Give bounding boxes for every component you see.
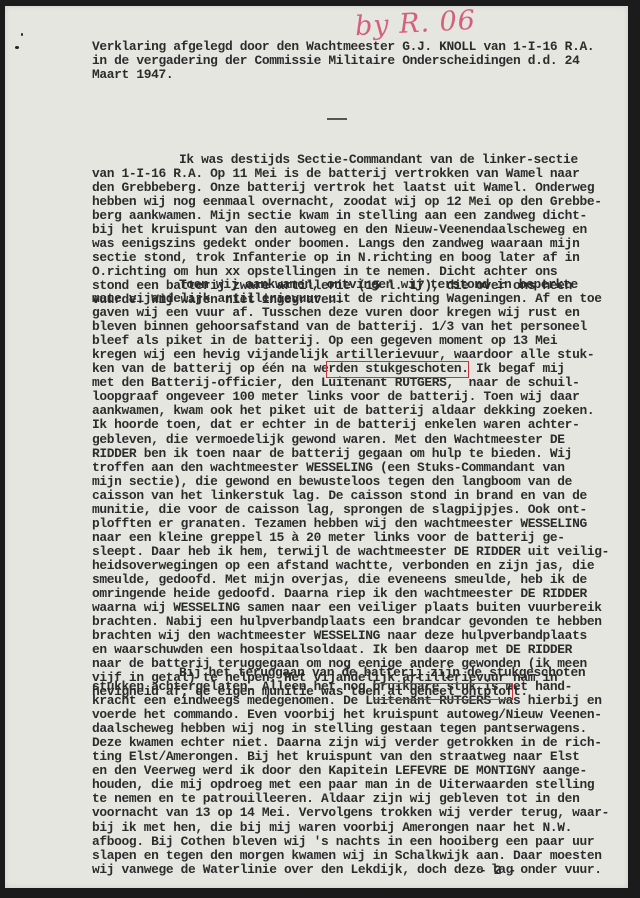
text-line: sectie stond, trok Infanterie op in N.ri… xyxy=(92,251,602,265)
text-line: bleef als piket in de batterij. Op een g… xyxy=(92,334,609,348)
text-line: stukken achtergelaten. Alleen het nog br… xyxy=(92,680,609,694)
header-line-3: Maart 1947. xyxy=(92,68,173,82)
text-line: slapen en tegen den morgen kwamen wij in… xyxy=(92,849,609,863)
text-line: waarna wij WESSELING samen naar een veil… xyxy=(92,601,609,615)
text-line: berg aankwamen. Mijn sectie kwam in stel… xyxy=(92,209,602,223)
text-line: kracht een eindweegs medegenomen. De Lui… xyxy=(92,694,609,708)
text-line: Ik was destijds Sectie-Commandant van de… xyxy=(92,153,602,167)
text-line: troffen aan den wachtmeester WESSELING (… xyxy=(92,461,609,475)
text-line: bij het kruispunt van den autoweg en den… xyxy=(92,223,602,237)
text-line: hebben wij nog eenmaal overnacht, zoodat… xyxy=(92,195,602,209)
text-line: omringende heide gedoofd. Daarna riep ik… xyxy=(92,587,609,601)
text-line: bleven binnen gehoorsafstand van de batt… xyxy=(92,320,609,334)
text-line: mijn sectie), die gewond en bewusteloos … xyxy=(92,475,609,489)
highlight-box-rutgers-2 xyxy=(373,683,513,700)
text-line: en den Veerweg werd ik door den Kapitein… xyxy=(92,764,609,778)
text-line: heidsoverwegingen op een afstand wachtte… xyxy=(92,559,609,573)
text-line: munitie, die voor de caisson lag, sprong… xyxy=(92,503,609,517)
handwritten-annotation: by R. 06 xyxy=(354,5,476,42)
text-line: voerde het commando. Even voorbij het kr… xyxy=(92,708,609,722)
page-number: - 2 - xyxy=(479,864,516,878)
header-line-2: in de vergadering der Commissie Militair… xyxy=(92,54,579,68)
text-line: afboog. Bij Cothen bleven wij 's nachts … xyxy=(92,835,609,849)
text-line: met den Batterij-officier, den Luitenant… xyxy=(92,376,609,390)
text-line: voornacht van 13 op 14 Mei. Vervolgens t… xyxy=(92,806,609,820)
text-line: sleept. Daar heb ik hem, terwijl de wach… xyxy=(92,545,609,559)
text-line: brachten wij den wachtmeester WESSELING … xyxy=(92,629,609,643)
text-line: RIDDER ben ik toen naar de batterij gega… xyxy=(92,447,609,461)
text-line: loopgraaf ongeveer 100 meter links voor … xyxy=(92,390,609,404)
text-line: Toen wij aankwamen, ontvingen wij tersto… xyxy=(92,278,609,292)
text-line: Deze kwamen echter niet. Daarna zijn wij… xyxy=(92,736,609,750)
separator-rule xyxy=(327,118,347,120)
text-line: brachten. Nabij een hulpverbandplaats ee… xyxy=(92,615,609,629)
paragraph-3: Bij het teruggaan van de batterij zijn d… xyxy=(92,666,609,877)
text-line: gaven wij een vuur af. Tusschen deze vur… xyxy=(92,306,609,320)
text-line: aankwamen, kwam ook het piket uit de bat… xyxy=(92,404,609,418)
text-line: was eenigszins gedekt onder boomen. Lang… xyxy=(92,237,602,251)
text-line: mate vijandelijk artillerievuur uit de r… xyxy=(92,292,609,306)
text-line: caisson van het linkerstuk lag. De caiss… xyxy=(92,489,609,503)
text-line: te nemen en te patrouilleeren. Aldaar zi… xyxy=(92,792,609,806)
paragraph-2: Toen wij aankwamen, ontvingen wij tersto… xyxy=(92,278,609,699)
text-line: naar een kleine greppel 15 à 20 meter li… xyxy=(92,531,609,545)
text-line: Bij het teruggaan van de batterij zijn d… xyxy=(92,666,609,680)
text-line: den Grebbeberg. Onze batterij vertrok he… xyxy=(92,181,602,195)
text-line: houden, die mij opdroeg met een paar man… xyxy=(92,778,609,792)
header-line-1: Verklaring afgelegd door den Wachtmeeste… xyxy=(92,40,594,54)
text-line: bij ik met hen, die bij mij waren voorbi… xyxy=(92,821,609,835)
text-line: daalscheweg hebben wij nog in stelling g… xyxy=(92,722,609,736)
text-line: van 1-I-16 R.A. Op 11 Mei is de batterij… xyxy=(92,167,602,181)
text-line: smeulde, gedoofd. Met mijn overjas, die … xyxy=(92,573,609,587)
text-line: en waarschuwden een hospitaalsoldaat. Ik… xyxy=(92,643,609,657)
ink-speck xyxy=(15,46,19,49)
text-line: ting Elst/Amerongen. Bij het kruispunt v… xyxy=(92,750,609,764)
text-line: wij vanwege de Waterlinie over den Lekdi… xyxy=(92,863,609,877)
highlight-box-rutgers-1 xyxy=(326,361,469,378)
text-line: gebleven, die vermoedelijk gewond waren.… xyxy=(92,433,609,447)
ink-speck xyxy=(21,33,23,36)
text-line: plofften er granaten. Tezamen hebben wij… xyxy=(92,517,609,531)
text-line: Ik hoorde toen, dat er echter in de batt… xyxy=(92,418,609,432)
